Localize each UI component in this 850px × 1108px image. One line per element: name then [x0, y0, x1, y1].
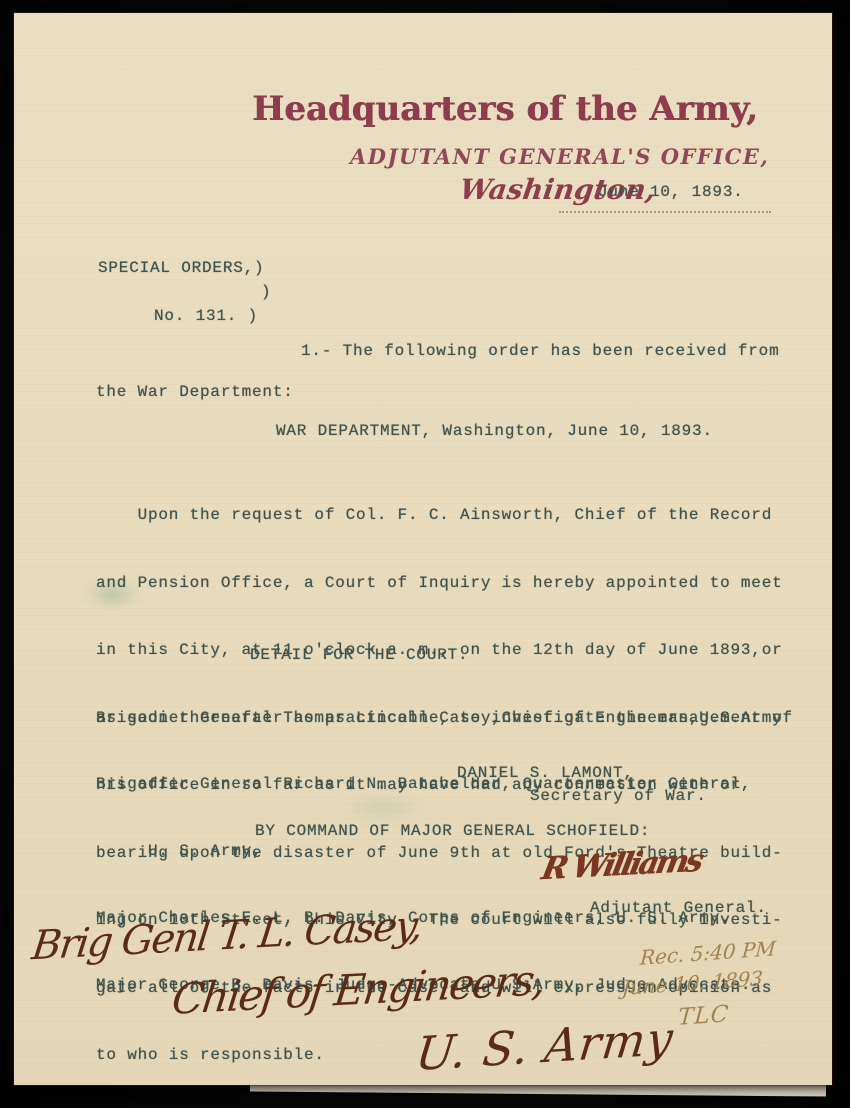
- intro-line-2: the War Department:: [96, 381, 294, 404]
- letterhead-organization: Headquarters of the Army,: [252, 89, 758, 129]
- typed-date: June 10, 1893.: [598, 181, 744, 204]
- secretary-name: DANIEL S. LAMONT,: [457, 762, 634, 785]
- adjutant-title: Adjutant General.: [590, 897, 767, 920]
- photo-background: Headquarters of the Army, ADJUTANT GENER…: [0, 0, 850, 1108]
- command-line: BY COMMAND OF MAJOR GENERAL SCHOFIELD:: [255, 820, 650, 843]
- letterhead-office: ADJUTANT GENERAL'S OFFICE,: [350, 144, 769, 169]
- body-line: and Pension Office, a Court of Inquiry i…: [96, 572, 793, 595]
- intro-line-1: 1.- The following order has been receive…: [301, 340, 779, 363]
- body-line: Upon the request of Col. F. C. Ainsworth…: [96, 504, 793, 527]
- special-orders-bracket: ): [261, 281, 271, 304]
- court-member: Brigadier General Thomas Lincoln Casey,C…: [96, 707, 783, 729]
- received-note-initials: TLC: [677, 1001, 730, 1031]
- special-orders-number: No. 131. ): [154, 305, 258, 328]
- document-page: Headquarters of the Army, ADJUTANT GENER…: [14, 13, 832, 1085]
- secretary-title: Secretary of War.: [530, 785, 707, 808]
- war-department-heading: WAR DEPARTMENT, Washington, June 10, 189…: [276, 420, 713, 443]
- special-orders-line: SPECIAL ORDERS,): [98, 257, 264, 280]
